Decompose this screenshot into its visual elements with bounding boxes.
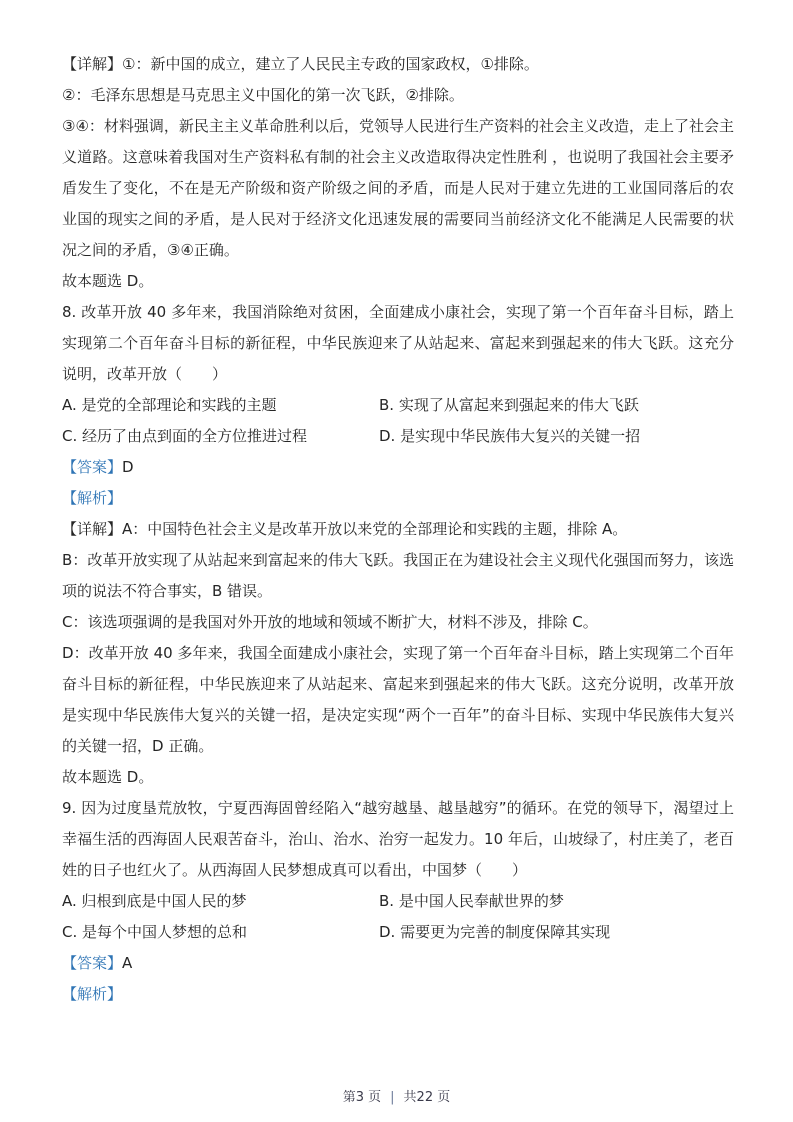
option-text: 是党的全部理论和实践的主题 [77,396,277,414]
option-text: 是中国人民奉献世界的梦 [394,892,564,910]
text-run: D：改革开放 40 多年来，我国全面建成小康社会，实现了第一个百年奋斗目标，踏上… [62,644,734,755]
document-body: 【详解】①：新中国的成立，建立了人民民主专政的国家政权，①排除。②：毛泽东思想是… [62,49,734,1010]
option-key: B. [379,396,394,414]
text-run: 【详解】①：新中国的成立，建立了人民民主专政的国家政权，①排除。 [62,55,539,73]
text-run: 【详解】A：中国特色社会主义是改革开放以来党的全部理论和实践的主题，排除 A。 [62,520,627,538]
question-8-options-cd: C. 经历了由点到面的全方位推进过程D. 是实现中华民族伟大复兴的关键一招 [62,421,734,452]
explanation-paragraph: ②：毛泽东思想是马克思主义中国化的第一次飞跃，②排除。 [62,80,734,111]
explanation-paragraph: C：该选项强调的是我国对外开放的地域和领域不断扩大，材料不涉及，排除 C。 [62,607,734,638]
option-key: C. [62,427,77,445]
option-key: B. [379,892,394,910]
bracket-label: 【答案】 [62,458,122,476]
text-run: D [122,458,134,476]
option-a: A. 归根到底是中国人民的梦 [62,886,379,917]
question-9-options-ab: A. 归根到底是中国人民的梦B. 是中国人民奉献世界的梦 [62,886,734,917]
option-key: D. [379,427,395,445]
option-text: 实现了从富起来到强起来的伟大飞跃 [394,396,639,414]
option-key: A. [62,396,77,414]
question-8-options-ab: A. 是党的全部理论和实践的主题B. 实现了从富起来到强起来的伟大飞跃 [62,390,734,421]
option-key: C. [62,923,77,941]
conclusion-line: 故本题选 D。 [62,762,734,793]
option-key: A. [62,892,77,910]
bracket-label: 【解析】 [62,985,122,1003]
page-footer: 第3 页|共22 页 [0,1088,793,1108]
text-run: ③④：材料强调，新民主主义革命胜利以后，党领导人民进行生产资料的社会主义改造，走… [62,117,734,259]
question-9-stem: 9. 因为过度垦荒放牧，宁夏西海固曾经陷入“越穷越垦、越垦越穷”的循环。在党的领… [62,793,734,886]
explanation-paragraph: D：改革开放 40 多年来，我国全面建成小康社会，实现了第一个百年奋斗目标，踏上… [62,638,734,762]
text-run: 故本题选 D。 [62,768,153,786]
analysis-label: 【解析】 [62,979,734,1010]
answer-line-q9: 【答案】A [62,948,734,979]
option-d: D. 是实现中华民族伟大复兴的关键一招 [379,421,640,452]
text-run: 9. 因为过度垦荒放牧，宁夏西海固曾经陷入“越穷越垦、越垦越穷”的循环。在党的领… [62,799,734,879]
text-run: 故本题选 D。 [62,272,153,290]
text-run: ②：毛泽东思想是马克思主义中国化的第一次飞跃，②排除。 [62,86,464,104]
text-run: A [122,954,132,972]
footer-total-pages: 共22 页 [404,1090,451,1105]
text-run: B：改革开放实现了从站起来到富起来的伟大飞跃。我国正在为建设社会主义现代化强国而… [62,551,734,600]
question-8-stem: 8. 改革开放 40 多年来，我国消除绝对贫困，全面建成小康社会，实现了第一个百… [62,297,734,390]
bracket-label: 【答案】 [62,954,122,972]
text-run: C：该选项强调的是我国对外开放的地域和领域不断扩大，材料不涉及，排除 C。 [62,613,598,631]
answer-line-q8: 【答案】D [62,452,734,483]
footer-separator: | [390,1090,394,1105]
option-c: C. 是每个中国人梦想的总和 [62,917,379,948]
option-b: B. 实现了从富起来到强起来的伟大飞跃 [379,390,639,421]
explanation-paragraph: 【详解】A：中国特色社会主义是改革开放以来党的全部理论和实践的主题，排除 A。 [62,514,734,545]
option-text: 经历了由点到面的全方位推进过程 [77,427,307,445]
question-9-options-cd: C. 是每个中国人梦想的总和D. 需要更为完善的制度保障其实现 [62,917,734,948]
option-text: 是实现中华民族伟大复兴的关键一招 [395,427,640,445]
explanation-paragraph: ③④：材料强调，新民主主义革命胜利以后，党领导人民进行生产资料的社会主义改造，走… [62,111,734,266]
option-text: 是每个中国人梦想的总和 [77,923,247,941]
option-text: 需要更为完善的制度保障其实现 [395,923,610,941]
option-key: D. [379,923,395,941]
option-d: D. 需要更为完善的制度保障其实现 [379,917,610,948]
bracket-label: 【解析】 [62,489,122,507]
analysis-label: 【解析】 [62,483,734,514]
option-text: 归根到底是中国人民的梦 [77,892,247,910]
conclusion-line: 故本题选 D。 [62,266,734,297]
option-a: A. 是党的全部理论和实践的主题 [62,390,379,421]
text-run: 8. 改革开放 40 多年来，我国消除绝对贫困，全面建成小康社会，实现了第一个百… [62,303,734,383]
explanation-paragraph: 【详解】①：新中国的成立，建立了人民民主专政的国家政权，①排除。 [62,49,734,80]
explanation-paragraph: B：改革开放实现了从站起来到富起来的伟大飞跃。我国正在为建设社会主义现代化强国而… [62,545,734,607]
exam-document-page: 【详解】①：新中国的成立，建立了人民民主专政的国家政权，①排除。②：毛泽东思想是… [0,0,793,1122]
option-c: C. 经历了由点到面的全方位推进过程 [62,421,379,452]
footer-page-number: 第3 页 [343,1090,381,1105]
option-b: B. 是中国人民奉献世界的梦 [379,886,564,917]
